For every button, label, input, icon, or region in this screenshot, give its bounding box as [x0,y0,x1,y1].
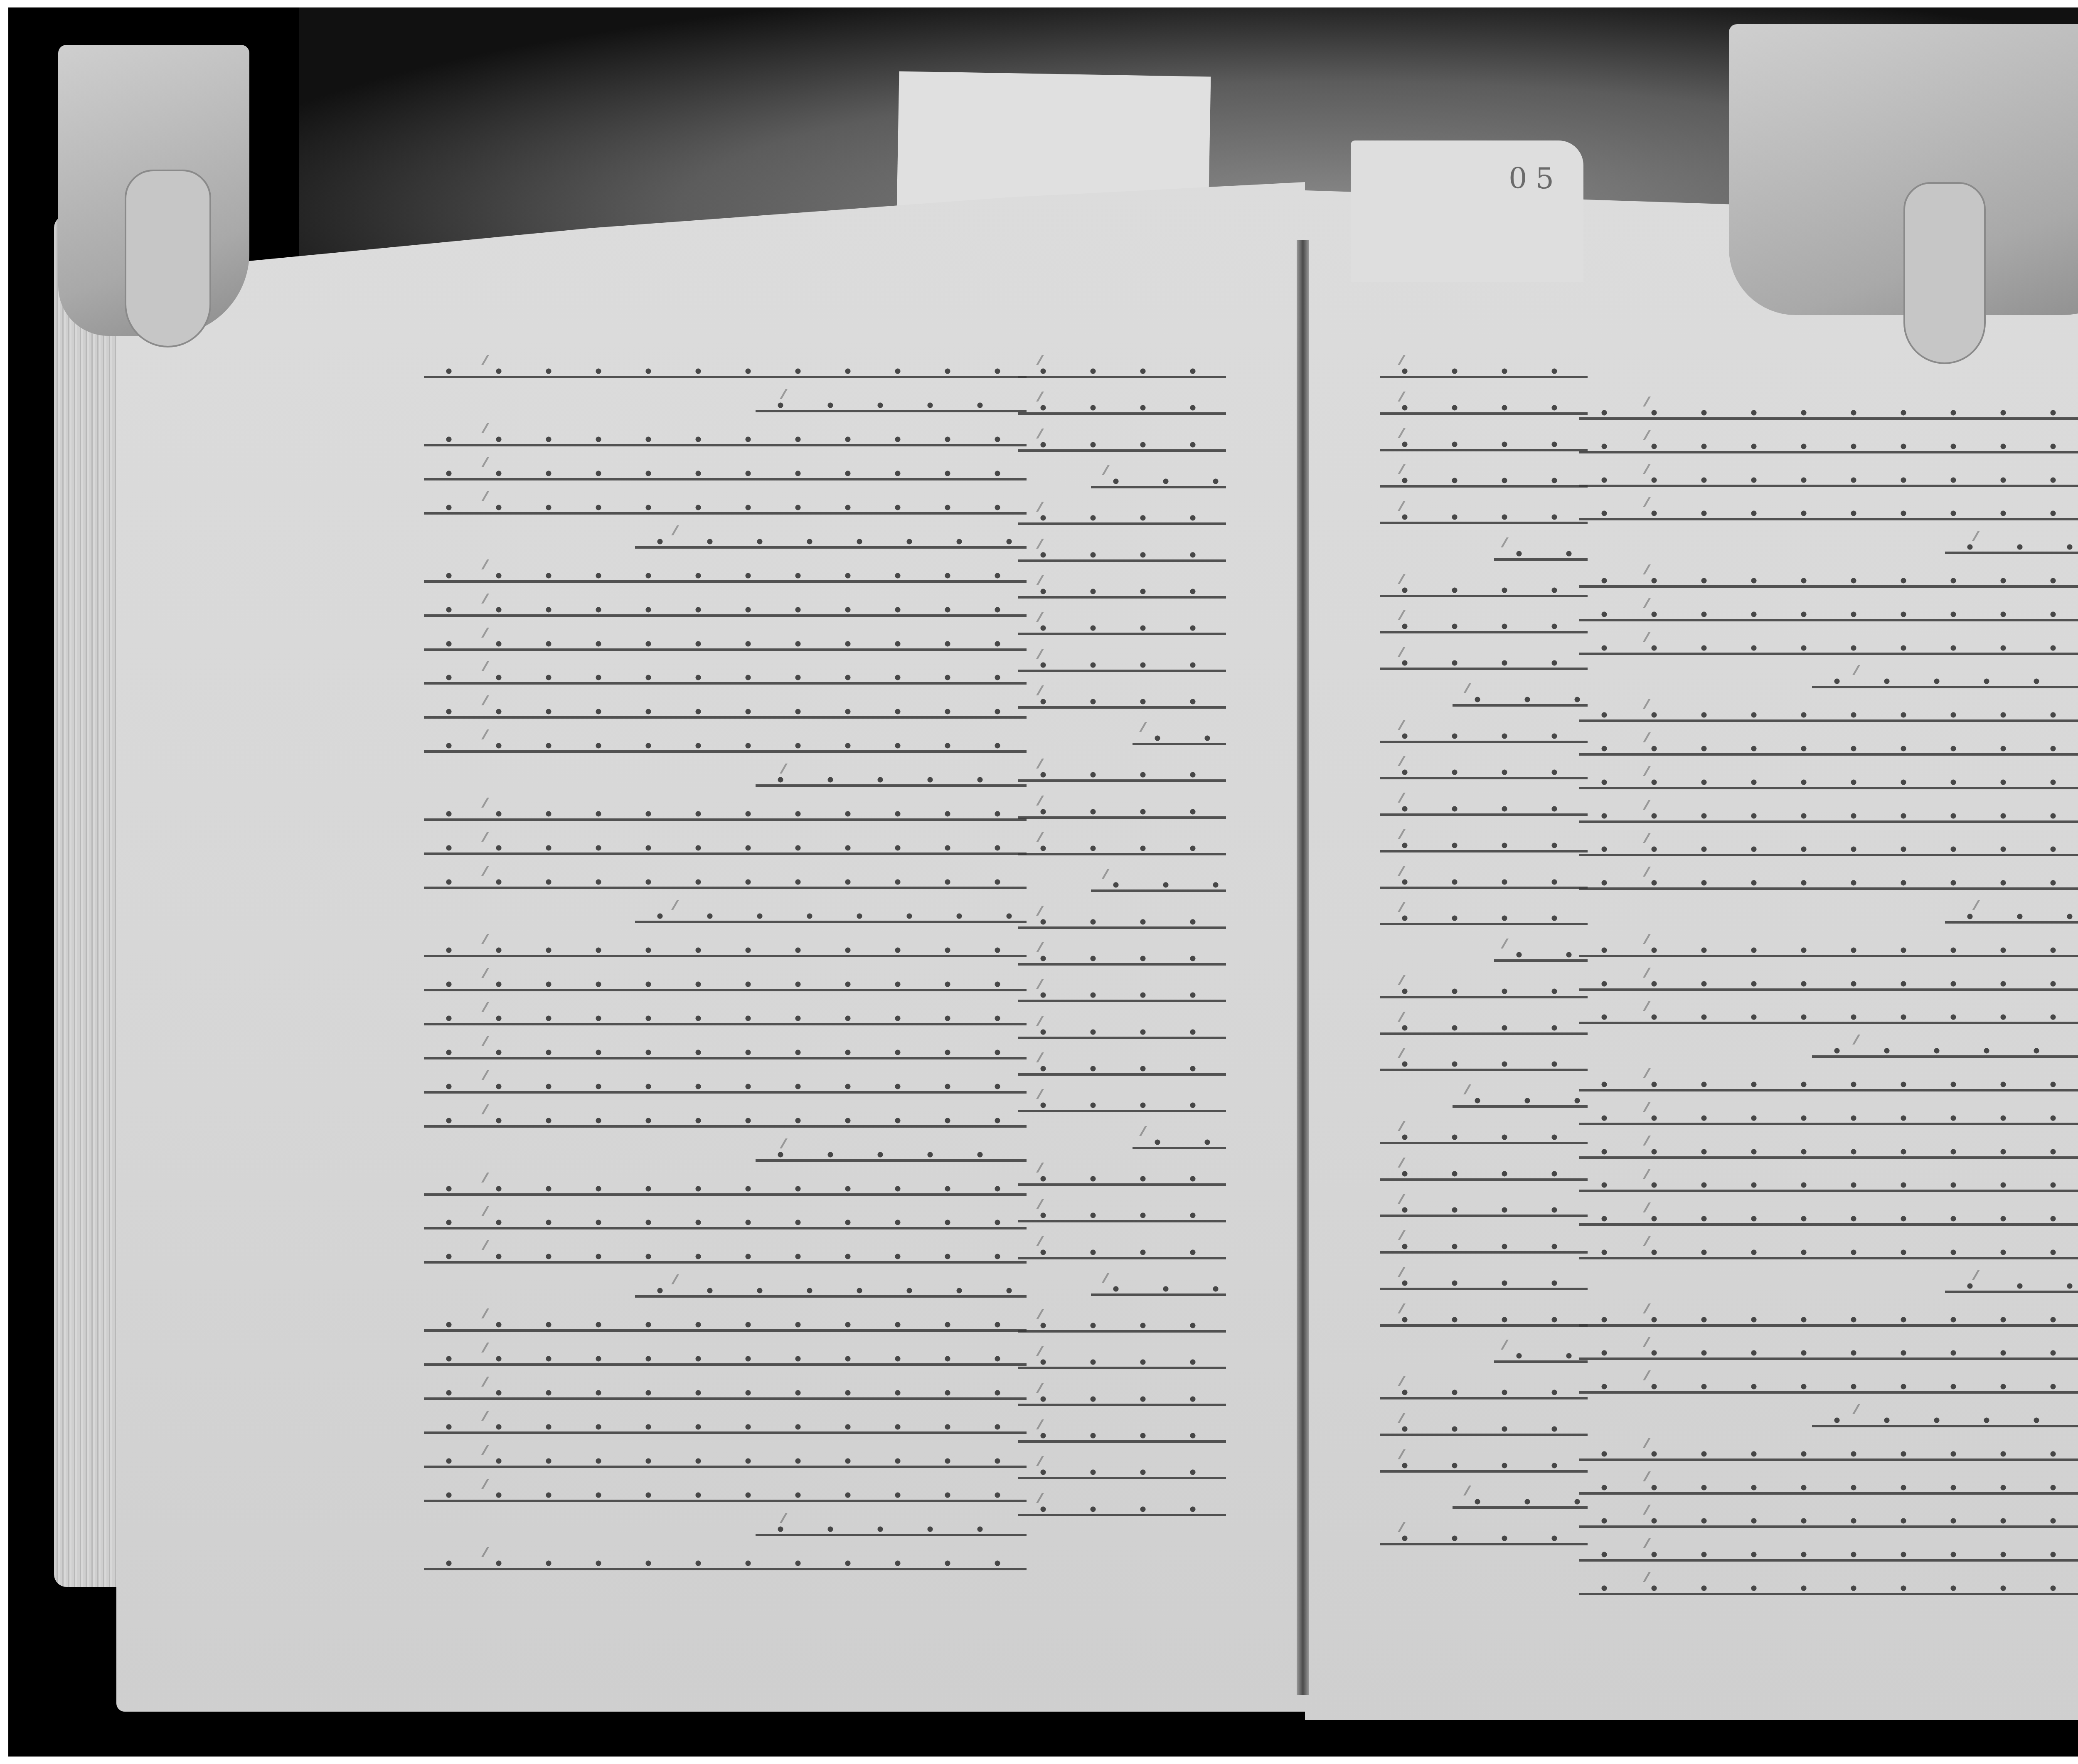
manuscript-line [1018,1173,1226,1186]
manuscript-line [1579,810,2078,823]
manuscript-line [1018,1319,1226,1333]
manuscript-line [424,604,1027,617]
manuscript-line [424,1489,1027,1502]
manuscript-line [1380,402,1588,415]
manuscript-line [1380,1386,1588,1399]
manuscript-line [424,1046,1027,1059]
manuscript-line [1579,1313,2078,1327]
manuscript-line [1579,1146,2078,1159]
manuscript-line [1579,1380,2078,1394]
manuscript-line [1380,1168,1588,1181]
manuscript-line [1091,475,1226,488]
manuscript-line [635,1284,1027,1298]
manuscript-line [756,1523,1027,1536]
manuscript-line [1380,1131,1588,1144]
manuscript-line [1091,1283,1226,1296]
manuscript-line [424,501,1027,515]
manuscript-line [1380,584,1588,597]
manuscript-line [1453,1094,1588,1108]
manuscript-line [1579,608,2078,621]
manuscript-line [1579,1515,2078,1528]
manuscript-line [1380,1022,1588,1035]
right-thumb [1903,182,1986,364]
manuscript-line [424,1216,1027,1229]
manuscript-line [1018,806,1226,819]
manuscript-line [424,1557,1027,1570]
manuscript-line [1579,1246,2078,1259]
manuscript-line [1812,675,2078,688]
manuscript-line [1380,730,1588,743]
manuscript-line [1579,843,2078,856]
right-page-narrow-column [1380,365,1588,1545]
manuscript-line [1579,1011,2078,1024]
manuscript-line [1579,574,2078,588]
manuscript-line [1018,842,1226,855]
manuscript-line [1380,1058,1588,1071]
manuscript-line [1579,407,2078,420]
manuscript-line [424,1250,1027,1264]
manuscript-line [635,535,1027,549]
manuscript-line [1018,1466,1226,1479]
left-thumb [125,170,211,347]
manuscript-line [1018,659,1226,672]
manuscript-line [756,1148,1027,1162]
manuscript-line [1380,620,1588,633]
manuscript-line [1579,1481,2078,1495]
manuscript-line [1579,877,2078,890]
manuscript-line [1018,1026,1226,1039]
manuscript-line [1579,1112,2078,1125]
manuscript-line [1018,439,1226,452]
manuscript-line [1380,1532,1588,1545]
manuscript-line [1579,474,2078,487]
manuscript-line [424,467,1027,480]
manuscript-line [1579,742,2078,756]
manuscript-line [1018,989,1226,1002]
manuscript-line [1380,511,1588,524]
manuscript-line [1494,547,1588,561]
manuscript-line [424,944,1027,957]
manuscript-line [1494,949,1588,962]
manuscript-line [1579,642,2078,655]
manuscript-line [1380,474,1588,488]
manuscript-line [1579,776,2078,789]
manuscript-line [1380,1240,1588,1254]
manuscript-line [1579,944,2078,957]
manuscript-line [424,842,1027,855]
book-gutter [1297,240,1309,1695]
manuscript-line [1579,1179,2078,1192]
manuscript-line [1018,585,1226,599]
manuscript-line [424,569,1027,583]
manuscript-line [424,1183,1027,1196]
manuscript-line [424,876,1027,889]
manuscript-line [1018,622,1226,635]
manuscript-line [1380,803,1588,816]
manuscript-line [1380,985,1588,998]
manuscript-line [1018,365,1226,378]
right-page-main-column [1579,407,2078,1595]
manuscript-line [424,1353,1027,1366]
manuscript-line [1018,1393,1226,1406]
manuscript-line [424,365,1027,378]
manuscript-line [756,774,1027,787]
manuscript-line [1579,1582,2078,1595]
manuscript-line [1380,1277,1588,1290]
manuscript-line [1380,1204,1588,1217]
manuscript-line [424,671,1027,685]
manuscript-line [1091,879,1226,892]
right-hand [1729,24,2078,315]
left-page-narrow-column [1018,365,1226,1516]
manuscript-line [1018,402,1226,415]
manuscript-line [1380,766,1588,779]
manuscript-line [1579,1078,2078,1091]
manuscript-line [1018,769,1226,782]
manuscript-line [1945,541,2078,554]
manuscript-line [1018,952,1226,966]
manuscript-line [1018,916,1226,929]
manuscript-line [1018,1503,1226,1516]
manuscript-line [1018,695,1226,709]
manuscript-line [1380,1459,1588,1473]
manuscript-line [1579,1347,2078,1360]
manuscript-line [1380,1423,1588,1436]
manuscript-line [1018,1356,1226,1369]
manuscript-line [1018,1099,1226,1112]
manuscript-line [1380,438,1588,451]
manuscript-line [1380,912,1588,925]
manuscript-line [1018,1209,1226,1222]
manuscript-line [1018,549,1226,562]
manuscript-line [1579,709,2078,722]
manuscript-line [1945,1280,2078,1293]
manuscript-line [1812,1045,2078,1058]
manuscript-line [1380,876,1588,889]
manuscript-line [424,1455,1027,1468]
manuscript-line [424,739,1027,753]
manuscript-line [1018,1062,1226,1076]
catalog-tag: 05 [1351,140,1583,282]
manuscript-line [1018,512,1226,525]
manuscript-line [1018,1429,1226,1443]
manuscript-line [424,433,1027,446]
manuscript-line [1945,910,2078,924]
manuscript-line [1579,507,2078,520]
left-hand [58,45,249,336]
manuscript-line [1380,365,1588,378]
manuscript-line [1133,732,1226,745]
manuscript-line [635,910,1027,923]
manuscript-line [424,1421,1027,1434]
manuscript-line [424,638,1027,651]
manuscript-line [424,1318,1027,1332]
manuscript-line [1018,1246,1226,1259]
manuscript-line [424,1012,1027,1025]
manuscript-line [1812,1414,2078,1427]
manuscript-line [756,399,1027,412]
manuscript-line [1380,839,1588,852]
manuscript-line [1579,1448,2078,1461]
photo-frame: 05 [8,7,2078,1757]
left-page-main-column [424,365,1027,1570]
manuscript-line [1380,657,1588,670]
manuscript-line [1380,1313,1588,1327]
manuscript-line [1579,440,2078,453]
manuscript-line [1494,1350,1588,1363]
manuscript-line [424,1114,1027,1128]
manuscript-line [424,1080,1027,1094]
manuscript-line [1453,1495,1588,1509]
manuscript-line [424,808,1027,821]
manuscript-line [1579,978,2078,991]
manuscript-line [1453,693,1588,707]
manuscript-line [1579,1212,2078,1226]
manuscript-line [424,978,1027,991]
manuscript-line [1133,1136,1226,1149]
manuscript-line [1579,1548,2078,1562]
tag-label: 05 [1509,161,1562,195]
manuscript-line [424,705,1027,719]
manuscript-line [424,1387,1027,1400]
